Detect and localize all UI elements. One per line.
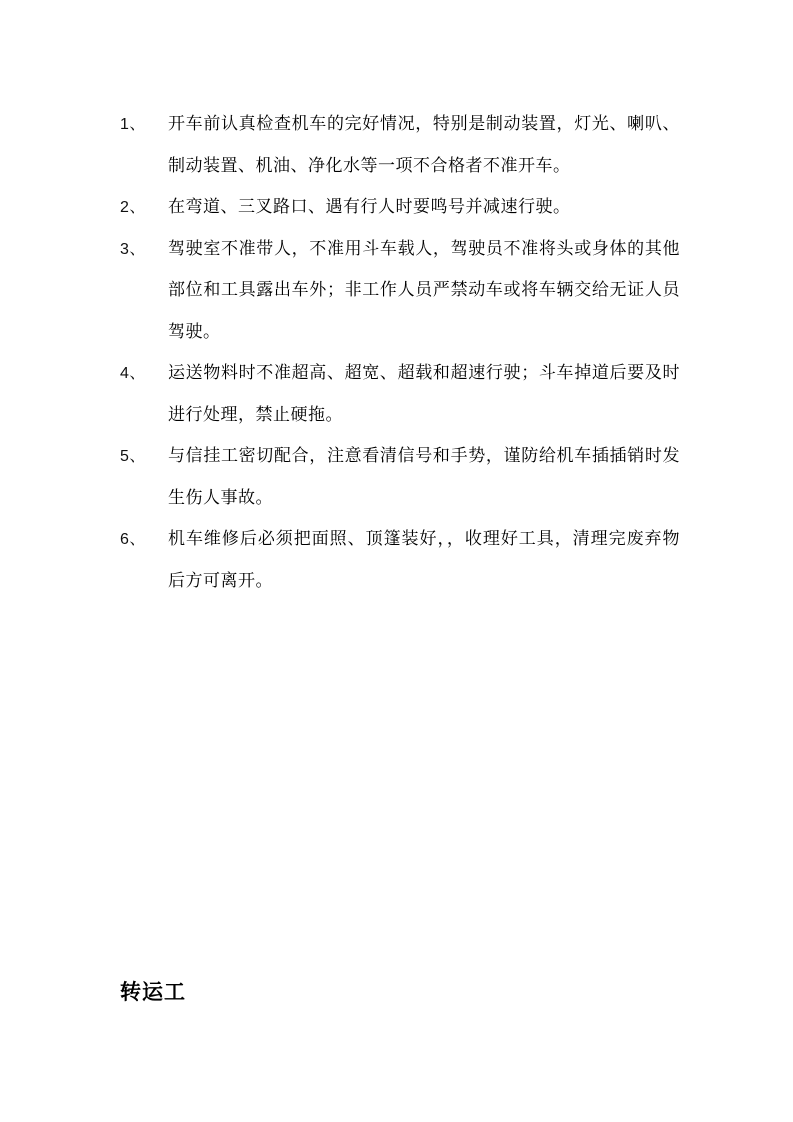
rule-item: 4、 运送物料时不准超高、超宽、超载和超速行驶；斗车掉道后要及时进行处理，禁止硬… bbox=[120, 353, 680, 436]
rule-item: 5、 与信挂工密切配合，注意看清信号和手势，谨防给机车插插销时发生伤人事故。 bbox=[120, 436, 680, 519]
rule-number: 5、 bbox=[120, 436, 146, 478]
rule-item: 3、 驾驶室不准带人，不准用斗车载人，驾驶员不准将头或身体的其他部位和工具露出车… bbox=[120, 229, 680, 354]
document-page: 1、 开车前认真检查机车的完好情况，特别是制动装置，灯光、喇叭、制动装置、机油、… bbox=[0, 0, 793, 1122]
rule-number: 3、 bbox=[120, 229, 146, 271]
rule-text: 驾驶室不准带人，不准用斗车载人，驾驶员不准将头或身体的其他部位和工具露出车外；非… bbox=[168, 229, 680, 354]
rule-text: 在弯道、三叉路口、遇有行人时要鸣号并减速行驶。 bbox=[168, 187, 680, 229]
rule-number: 6、 bbox=[120, 519, 146, 561]
rule-item: 1、 开车前认真检查机车的完好情况，特别是制动装置，灯光、喇叭、制动装置、机油、… bbox=[120, 104, 680, 187]
rule-text: 与信挂工密切配合，注意看清信号和手势，谨防给机车插插销时发生伤人事故。 bbox=[168, 436, 680, 519]
rule-item: 2、 在弯道、三叉路口、遇有行人时要鸣号并减速行驶。 bbox=[120, 187, 680, 229]
rule-text: 运送物料时不准超高、超宽、超载和超速行驶；斗车掉道后要及时进行处理，禁止硬拖。 bbox=[168, 353, 680, 436]
safety-rules-list: 1、 开车前认真检查机车的完好情况，特别是制动装置，灯光、喇叭、制动装置、机油、… bbox=[120, 104, 680, 602]
rule-number: 1、 bbox=[120, 104, 146, 146]
rule-item: 6、 机车维修后必须把面照、顶篷装好，，收理好工具，清理完废弃物后方可离开。 bbox=[120, 519, 680, 602]
rule-text: 开车前认真检查机车的完好情况，特别是制动装置，灯光、喇叭、制动装置、机油、净化水… bbox=[168, 104, 680, 187]
rule-number: 4、 bbox=[120, 353, 146, 395]
rule-text: 机车维修后必须把面照、顶篷装好，，收理好工具，清理完废弃物后方可离开。 bbox=[168, 519, 680, 602]
rule-number: 2、 bbox=[120, 187, 146, 229]
section-title: 转运工 bbox=[120, 976, 186, 1006]
